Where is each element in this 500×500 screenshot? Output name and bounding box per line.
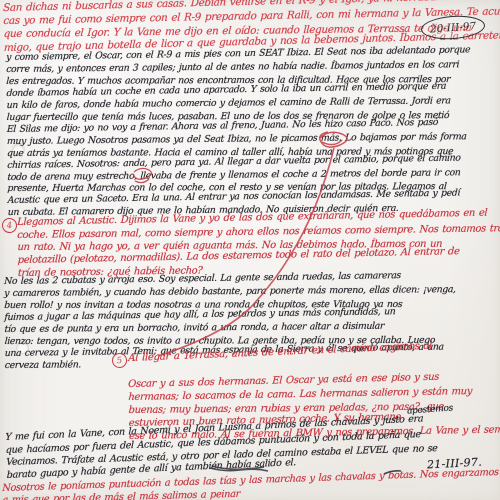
paragraph-marker-4: 4 xyxy=(1,217,17,233)
handwritten-page: San dichas ni buscarlas a sus casas. Deb… xyxy=(0,0,500,500)
black-middle-paragraph-line: tío que es de punta y era un borracho, i… xyxy=(4,320,456,336)
black-main-paragraph: y como siempre, el Oscar, con el R-9 a m… xyxy=(6,47,472,219)
black-middle-paragraph-line: y camareros también, y cuando has debido… xyxy=(4,284,456,300)
